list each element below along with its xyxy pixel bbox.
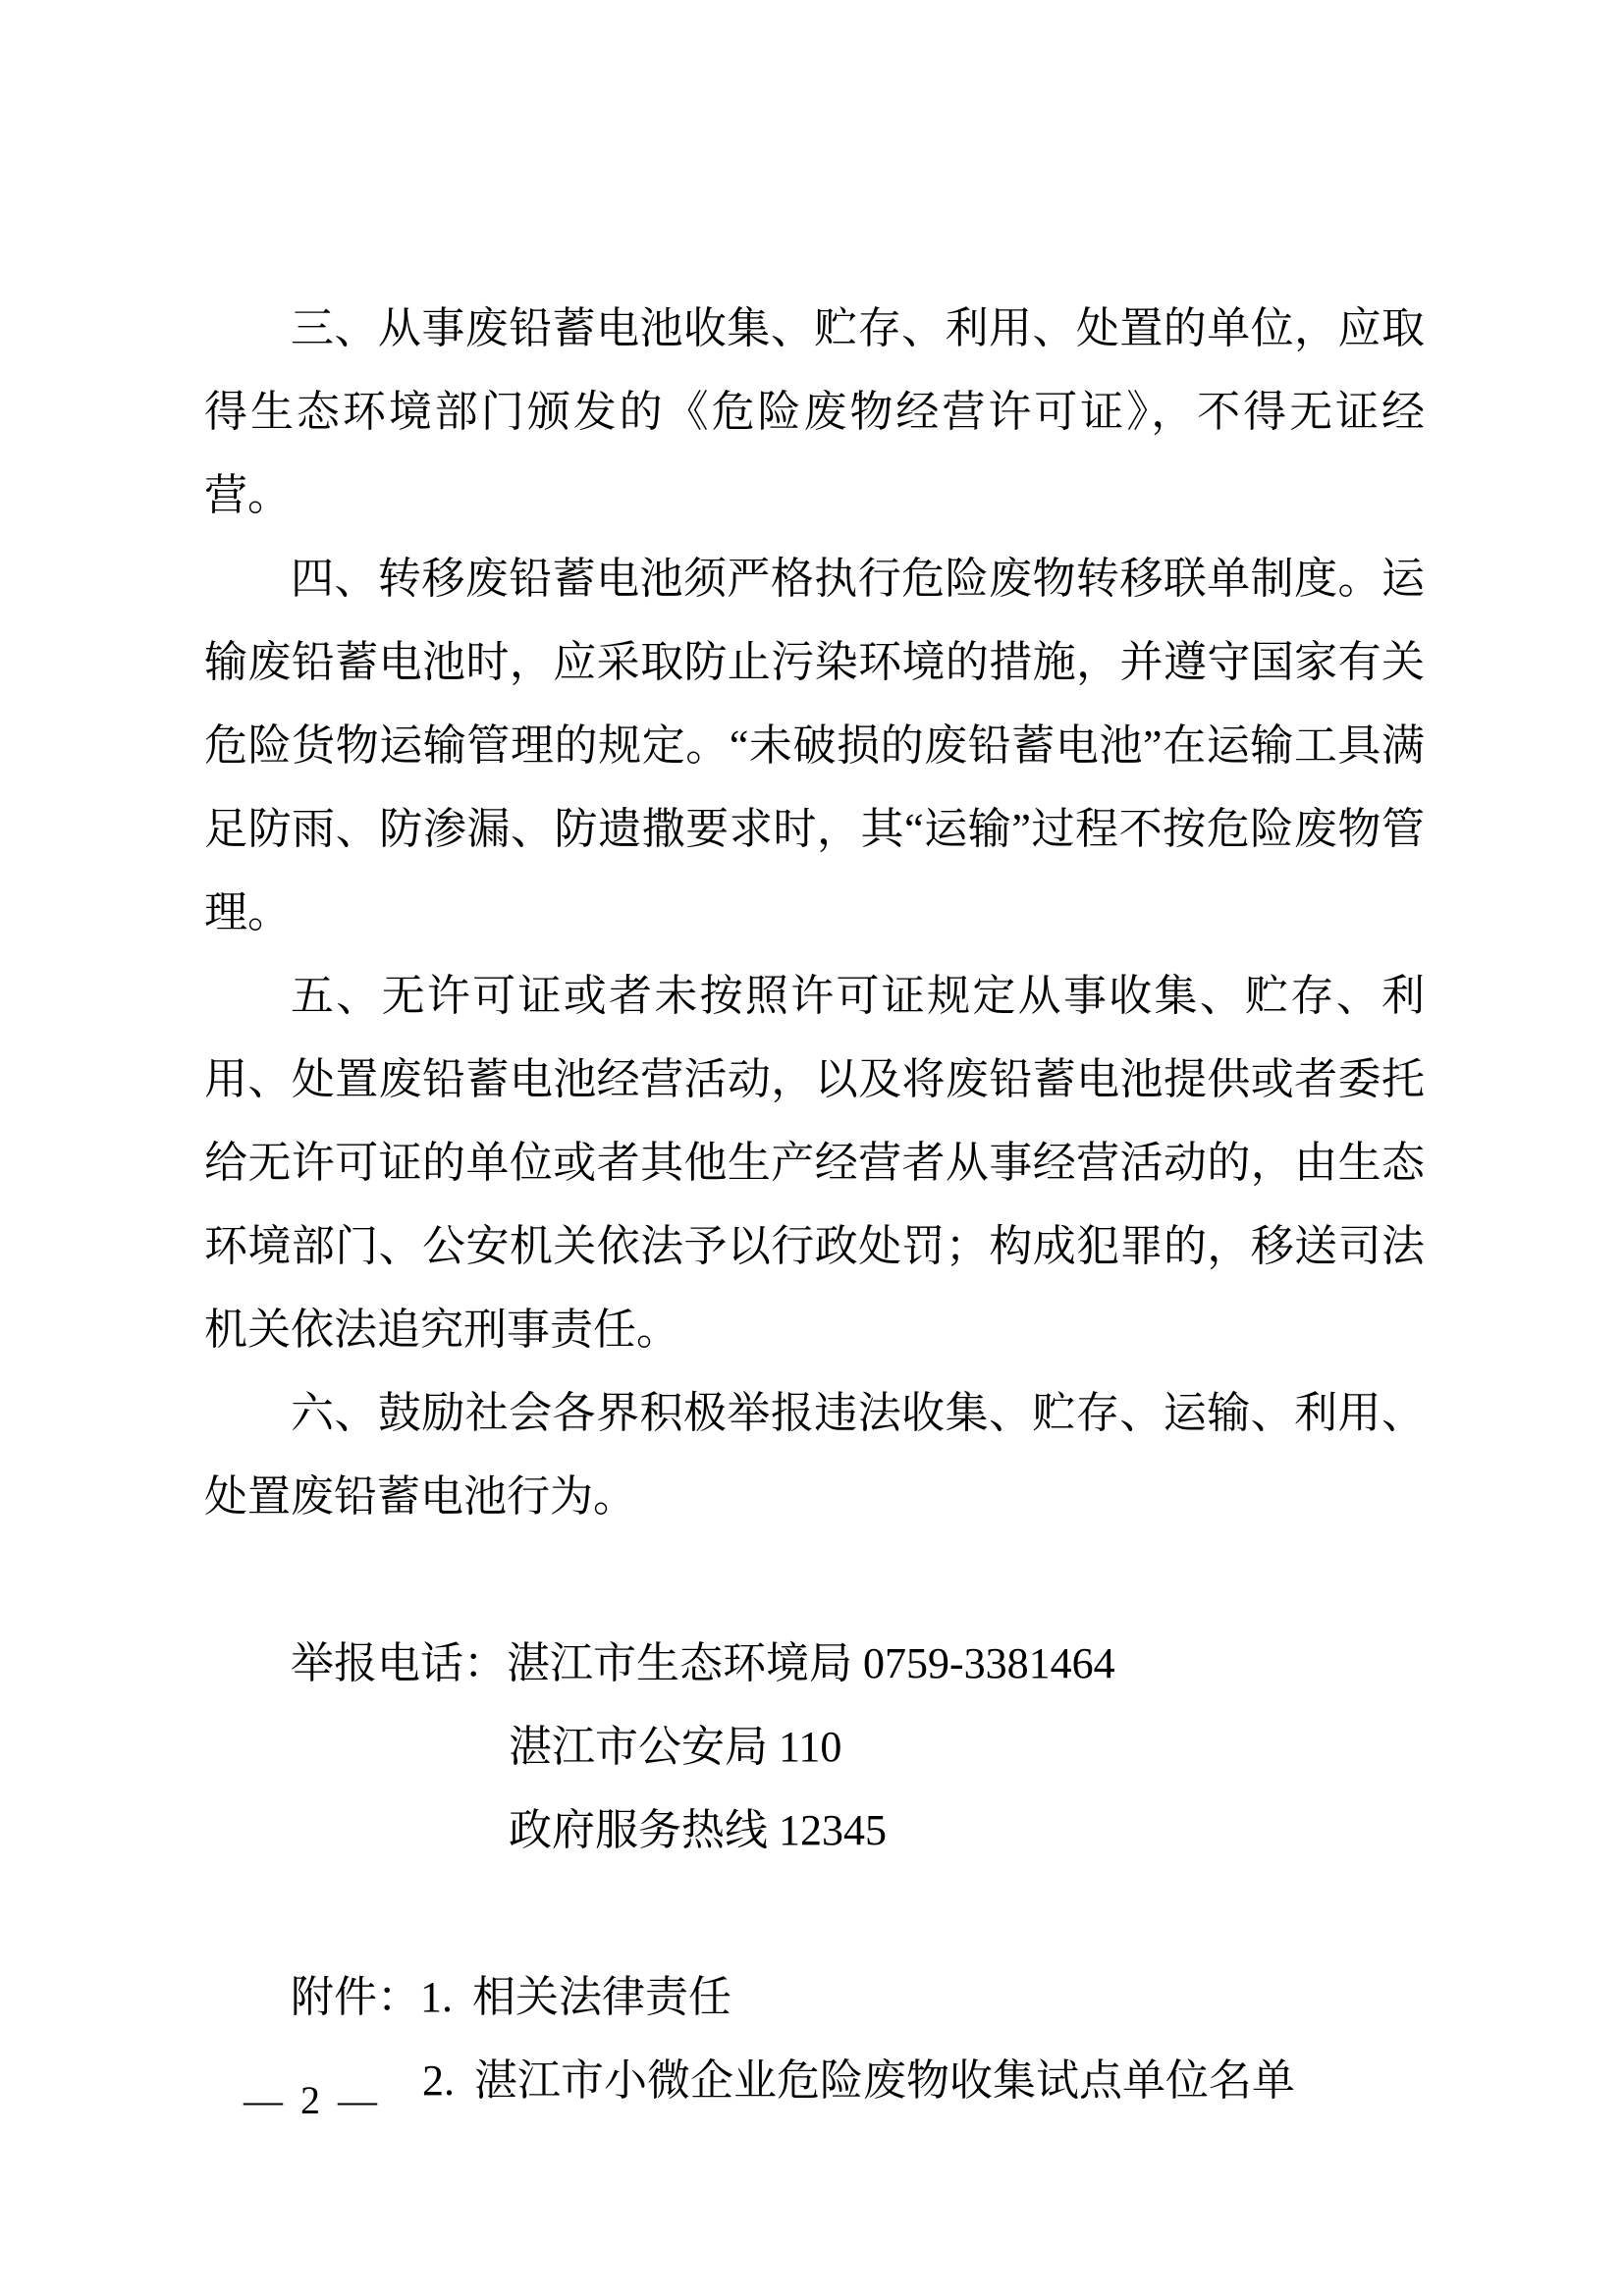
attachment-title: 湛江市小微企业危险废物收集试点单位名单 [474, 2056, 1295, 2105]
paragraph-item-4: 四、转移废铅蓄电池须严格执行危险废物转移联单制度。运输废铅蓄电池时，应采取防止污… [204, 537, 1425, 954]
hotline-entry-police-bureau: 湛江市公安局 110 [509, 1723, 841, 1771]
document-page: 三、从事废铅蓄电池收集、贮存、利用、处置的单位，应取得生态环境部门颁发的《危险废… [0, 0, 1624, 2296]
document-body: 三、从事废铅蓄电池收集、贮存、利用、处置的单位，应取得生态环境部门颁发的《危险废… [204, 287, 1425, 2122]
attachment-row: 2.湛江市小微企业危险废物收集试点单位名单 [204, 2039, 1425, 2122]
paragraph-item-6: 六、鼓励社会各界积极举报违法收集、贮存、运输、利用、处置废铅蓄电池行为。 [204, 1371, 1425, 1538]
attachment-number: 1. [420, 1973, 453, 2021]
attachment-number: 2. [422, 2056, 455, 2105]
page-number: — 2 — [244, 2079, 379, 2122]
hotline-label: 举报电话： [291, 1639, 507, 1687]
hotline-entry-government-service: 政府服务热线 12345 [509, 1806, 887, 1854]
hotline-row: 举报电话：湛江市生态环境局 0759-3381464 [204, 1622, 1425, 1705]
hotline-entry-environment-bureau: 湛江市生态环境局 0759-3381464 [507, 1639, 1115, 1687]
hotline-row: 政府服务热线 12345 [204, 1789, 1425, 1872]
attachment-row: 附件：1.相关法律责任 [204, 1955, 1425, 2039]
attachments-block: 附件：1.相关法律责任 2.湛江市小微企业危险废物收集试点单位名单 [204, 1955, 1425, 2122]
paragraph-item-3: 三、从事废铅蓄电池收集、贮存、利用、处置的单位，应取得生态环境部门颁发的《危险废… [204, 287, 1425, 537]
attachment-title: 相关法律责任 [472, 1973, 731, 2021]
report-hotlines-block: 举报电话：湛江市生态环境局 0759-3381464 湛江市公安局 110 政府… [204, 1622, 1425, 1872]
paragraph-item-5: 五、无许可证或者未按照许可证规定从事收集、贮存、利用、处置废铅蓄电池经营活动，以… [204, 954, 1425, 1371]
attachments-label: 附件： [291, 1973, 420, 2021]
hotline-row: 湛江市公安局 110 [204, 1705, 1425, 1789]
